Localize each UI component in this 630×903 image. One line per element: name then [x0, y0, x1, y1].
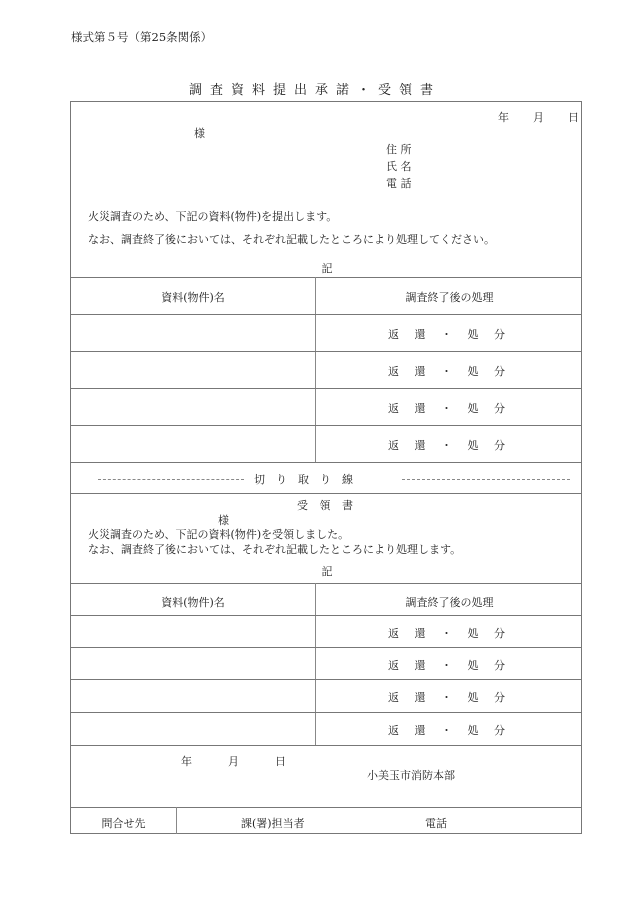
issuer-name: 小美玉市消防本部 — [367, 767, 455, 783]
receipt-item-name-input[interactable] — [73, 653, 313, 673]
receipt-col-header-disposition: 調査終了後の処理 — [316, 594, 583, 610]
document-title: 調査資料提出承諾・受領書 — [0, 79, 630, 98]
form-frame: 年 月 日 様 住 所 氏 名 電 話 火災調査のため、下記の資料(物件)を提出… — [70, 101, 582, 834]
item-name-input[interactable] — [73, 322, 313, 342]
contact-person-label: 課(署)担当者 — [241, 815, 305, 831]
form-number: 様式第５号（第25条関係） — [71, 29, 212, 45]
item-name-input[interactable] — [73, 359, 313, 379]
date-day: 日 — [568, 109, 579, 125]
col-header-disposition: 調査終了後の処理 — [316, 289, 583, 305]
submission-body-line2: なお、調査終了後においては、それぞれ記載したところにより処理してください。 — [88, 231, 495, 247]
address-label: 住 所 — [386, 141, 412, 157]
receipt-item-name-input[interactable] — [73, 718, 313, 738]
receipt-disposition-option[interactable]: 返 還 ・ 処 分 — [316, 722, 583, 738]
receipt-body-line2: なお、調査終了後においては、それぞれ記載したところにより処理します。 — [88, 541, 461, 557]
receipt-title: 受 領 書 — [71, 497, 583, 513]
disposition-option[interactable]: 返 還 ・ 処 分 — [316, 437, 583, 453]
date-month: 月 — [533, 109, 544, 125]
disposition-option[interactable]: 返 還 ・ 処 分 — [316, 363, 583, 379]
receipt-date-year: 年 — [181, 753, 192, 769]
receipt-disposition-option[interactable]: 返 還 ・ 処 分 — [316, 689, 583, 705]
name-label: 氏 名 — [386, 158, 412, 174]
addressee-suffix: 様 — [194, 125, 205, 141]
receipt-date-month: 月 — [228, 753, 239, 769]
item-name-input[interactable] — [73, 433, 313, 453]
receipt-disposition-option[interactable]: 返 還 ・ 処 分 — [316, 625, 583, 641]
cut-line-left — [98, 479, 244, 480]
receipt-item-name-input[interactable] — [73, 621, 313, 641]
receipt-col-header-item-name: 資料(物件)名 — [71, 594, 315, 610]
receipt-body-line1: 火災調査のため、下記の資料(物件)を受領しました。 — [88, 526, 349, 542]
date-year: 年 — [498, 109, 509, 125]
receipt-disposition-option[interactable]: 返 還 ・ 処 分 — [316, 657, 583, 673]
receipt-item-name-input[interactable] — [73, 685, 313, 705]
receipt-ki-label: 記 — [71, 563, 583, 579]
cut-line-right — [402, 479, 570, 480]
submission-body-line1: 火災調査のため、下記の資料(物件)を提出します。 — [88, 208, 337, 224]
contact-label: 問合せ先 — [71, 815, 176, 831]
ki-label: 記 — [71, 260, 583, 276]
receipt-date-day: 日 — [275, 753, 286, 769]
item-name-input[interactable] — [73, 396, 313, 416]
cut-line-label: 切 り 取 り 線 — [254, 471, 353, 487]
phone-label: 電 話 — [386, 175, 412, 191]
disposition-option[interactable]: 返 還 ・ 処 分 — [316, 400, 583, 416]
col-header-item-name: 資料(物件)名 — [71, 289, 315, 305]
contact-phone-label: 電話 — [425, 815, 447, 831]
disposition-option[interactable]: 返 還 ・ 処 分 — [316, 326, 583, 342]
